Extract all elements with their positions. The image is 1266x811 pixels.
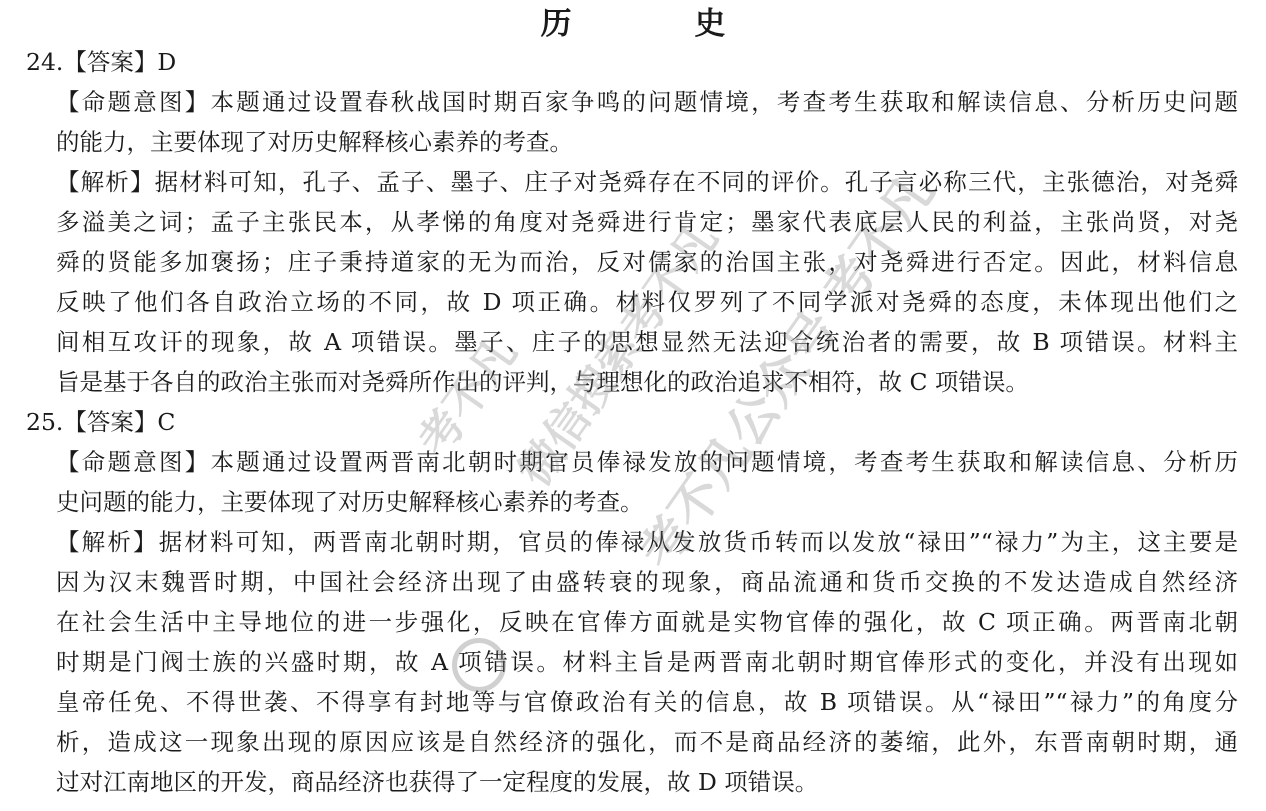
question-25-analysis-line: 因为汉末魏晋时期，中国社会经济出现了由盛转衰的现象，商品流通和货币交换的不发达造… bbox=[0, 562, 1238, 602]
answer-value: D bbox=[157, 48, 176, 76]
answer-value: C bbox=[157, 408, 175, 436]
question-24-intent-line: 的能力，主要体现了对历史解释核心素养的考查。 bbox=[0, 122, 1238, 162]
question-24-answer: 24.【答案】D bbox=[0, 42, 1266, 82]
question-25-intent-line: 【命题意图】本题通过设置两晋南北朝时期官员俸禄发放的问题情境，考查考生获取和解读… bbox=[0, 442, 1238, 482]
question-25-analysis-line: 【解析】据材料可知，两晋南北朝时期，官员的俸禄从发放货币转而以发放“禄田”“禄力… bbox=[0, 522, 1238, 562]
question-24-analysis-line: 间相互攻讦的现象，故 A 项错误。墨子、庄子的思想显然无法迎合统治者的需要，故 … bbox=[0, 322, 1238, 362]
answer-tag: 【答案】 bbox=[63, 408, 157, 436]
question-25-analysis-line: 时期是门阀士族的兴盛时期，故 A 项错误。材料主旨是两晋南北朝时期官俸形式的变化… bbox=[0, 642, 1238, 682]
question-25-answer: 25.【答案】C bbox=[0, 402, 1266, 442]
question-25-analysis-line: 析，造成这一现象出现的原因应该是自然经济的强化，而不是商品经济的萎缩，此外，东晋… bbox=[0, 722, 1238, 762]
question-24-analysis-line: 舜的贤能多加褒扬；庄子秉持道家的无为而治，反对儒家的治国主张，对尧舜进行否定。因… bbox=[0, 242, 1238, 282]
question-25-intent-line: 史问题的能力，主要体现了对历史解释核心素养的考查。 bbox=[0, 482, 1238, 522]
question-25-analysis-line: 皇帝任免、不得世袭、不得享有封地等与官僚政治有关的信息，故 B 项错误。从“禄田… bbox=[0, 682, 1238, 722]
question-24-intent-line: 【命题意图】本题通过设置春秋战国时期百家争鸣的问题情境，考查考生获取和解读信息、… bbox=[0, 82, 1238, 122]
answer-document: 24.【答案】D 【命题意图】本题通过设置春秋战国时期百家争鸣的问题情境，考查考… bbox=[0, 42, 1266, 802]
question-24-analysis-line: 反映了他们各自政治立场的不同，故 D 项正确。材料仅罗列了不同学派对尧舜的态度，… bbox=[0, 282, 1238, 322]
question-24-analysis-line: 【解析】据材料可知，孔子、孟子、墨子、庄子对尧舜存在不同的评价。孔子言必称三代，… bbox=[0, 162, 1238, 202]
question-24-analysis-line: 多溢美之词；孟子主张民本，从孝悌的角度对尧舜进行肯定；墨家代表底层人民的利益，主… bbox=[0, 202, 1238, 242]
question-number: 24. bbox=[26, 48, 63, 76]
question-25-analysis-line: 过对江南地区的开发，商品经济也获得了一定程度的发展，故 D 项错误。 bbox=[0, 762, 1238, 802]
question-24-analysis-line: 旨是基于各自的政治主张而对尧舜所作出的评判，与理想化的政治追求不相符，故 C 项… bbox=[0, 362, 1238, 402]
question-number: 25. bbox=[26, 408, 63, 436]
page-title: 历 史 bbox=[0, 2, 1266, 46]
answer-tag: 【答案】 bbox=[63, 48, 157, 76]
question-25-analysis-line: 在社会生活中主导地位的进一步强化，反映在官俸方面就是实物官俸的强化，故 C 项正… bbox=[0, 602, 1238, 642]
